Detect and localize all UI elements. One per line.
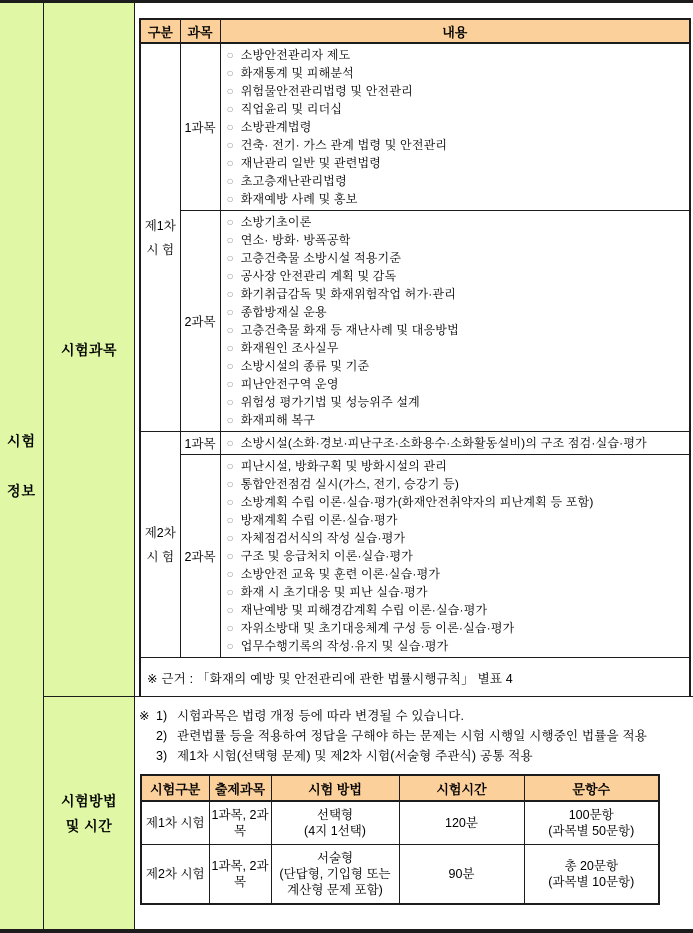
content-item: ○화재통계 및 피해분석 xyxy=(227,64,688,82)
exam-subjects-label: 시험과목 xyxy=(61,341,117,359)
subjects-row: 2과목○소방기초이론○연소· 방화· 방폭공학○고층건축물 소방시설 적용기준○… xyxy=(140,211,690,432)
method-table-cell: 선택형(4지 1선택) xyxy=(271,801,399,845)
circle-bullet-icon: ○ xyxy=(227,190,234,208)
circle-bullet-icon: ○ xyxy=(227,511,234,529)
content-item-text: 공사장 안전관리 계획 및 감독 xyxy=(241,267,397,285)
exam-stage-cell: 제1차시 험 xyxy=(140,43,180,432)
method-table-header-row: 시험구분 출제과목 시험 방법 시험시간 문항수 xyxy=(141,775,659,801)
note-text: 관련법률 등을 적용하여 정답을 구해야 하는 문제는 시험 시행일 시행중인 … xyxy=(177,726,691,746)
content-item: ○위험물안전관리법령 및 안전관리 xyxy=(227,82,688,100)
circle-bullet-icon: ○ xyxy=(227,154,234,172)
basis-note-row: ※ 근거 : 「화재의 예방 및 안전관리에 관한 법률시행규칙」 별표 4 xyxy=(140,658,690,697)
exam-method-section: 시험방법 및 시간 ※1)시험과목은 법령 개정 등에 따라 변경될 수 있습니… xyxy=(44,697,693,929)
content-item-text: 소방안전관리자 제도 xyxy=(241,46,351,64)
content-item-text: 방재계획 수립 이론·실습·평가 xyxy=(241,511,398,529)
circle-bullet-icon: ○ xyxy=(227,583,234,601)
exam-info-label: 시험 정보 xyxy=(7,431,36,501)
exam-info-page: 시험 정보 시험과목 구분 과목 xyxy=(0,0,693,933)
circle-bullet-icon: ○ xyxy=(227,267,234,285)
method-note: 3)제1차 시험(선택형 문제) 및 제2차 시험(서술형 주관식) 공통 적용 xyxy=(139,746,691,766)
subjects-row: 2과목○피난시설, 방화구획 및 방화시설의 관리○통합안전점검 실시(가스, … xyxy=(140,455,690,658)
method-table-cell: 총 20문항(과목별 10문항) xyxy=(524,845,659,905)
content-item: ○소방시설(소화·경보·피난구조·소화용수·소화활동설비)의 구조 점검·실습·… xyxy=(227,434,688,452)
content-item: ○소방계획 수립 이론·실습·평가(화재안전취약자의 피난계획 등 포함) xyxy=(227,493,688,511)
content-item: ○건축· 전기· 가스 관계 법령 및 안전관리 xyxy=(227,136,688,154)
content-item-text: 재난예방 및 피해경감계획 수립 이론·실습·평가 xyxy=(241,601,488,619)
exam-method-label-line: 및 시간 xyxy=(61,817,117,835)
subjects-table-body: 제1차시 험1과목○소방안전관리자 제도○화재통계 및 피해분석○위험물안전관리… xyxy=(140,43,690,658)
method-cell-line: 제1차 시험 xyxy=(143,815,208,831)
subjects-header-gwamok: 과목 xyxy=(180,19,220,43)
content-item: ○업무수행기록의 작성·유지 및 실습·평가 xyxy=(227,637,688,655)
content-item-text: 소방안전 교육 및 훈련 이론·실습·평가 xyxy=(241,565,440,583)
content-item-text: 화기취급감독 및 화재위험작업 허가·관리 xyxy=(241,285,456,303)
content-item-text: 초고층재난관리법령 xyxy=(241,172,347,190)
circle-bullet-icon: ○ xyxy=(227,493,234,511)
content-item: ○공사장 안전관리 계획 및 감독 xyxy=(227,267,688,285)
content-item: ○소방안전 교육 및 훈련 이론·실습·평가 xyxy=(227,565,688,583)
circle-bullet-icon: ○ xyxy=(227,172,234,190)
content-item-text: 자체점검서식의 작성 실습·평가 xyxy=(241,529,406,547)
method-header-gubun: 시험구분 xyxy=(141,775,209,801)
content-item-text: 소방시설의 종류 및 기준 xyxy=(241,357,370,375)
subject-items-cell: ○소방기초이론○연소· 방화· 방폭공학○고층건축물 소방시설 적용기준○공사장… xyxy=(220,211,690,432)
content-item: ○통합안전점검 실시(가스, 전기, 승강기 등) xyxy=(227,475,688,493)
method-table: 시험구분 출제과목 시험 방법 시험시간 문항수 제1차 시험1과목, 2과목선… xyxy=(140,774,660,905)
method-table-cell: 100문항(과목별 50문항) xyxy=(524,801,659,845)
circle-bullet-icon: ○ xyxy=(227,213,234,231)
note-text: 제1차 시험(선택형 문제) 및 제2차 시험(서술형 주관식) 공통 적용 xyxy=(177,746,691,766)
circle-bullet-icon: ○ xyxy=(227,321,234,339)
subjects-table-header-row: 구분 과목 내용 xyxy=(140,19,690,43)
circle-bullet-icon: ○ xyxy=(227,457,234,475)
circle-bullet-icon: ○ xyxy=(227,339,234,357)
content-item: ○방재계획 수립 이론·실습·평가 xyxy=(227,511,688,529)
circle-bullet-icon: ○ xyxy=(227,637,234,655)
circle-bullet-icon: ○ xyxy=(227,619,234,637)
circle-bullet-icon: ○ xyxy=(227,64,234,82)
content-item: ○피난안전구역 운영 xyxy=(227,375,688,393)
content-item: ○화재원인 조사실무 xyxy=(227,339,688,357)
subjects-header-naeyong: 내용 xyxy=(220,19,690,43)
note-marker xyxy=(139,746,156,766)
content-item: ○종합방재실 운용 xyxy=(227,303,688,321)
method-table-cell: 제2차 시험 xyxy=(141,845,209,905)
circle-bullet-icon: ○ xyxy=(227,82,234,100)
circle-bullet-icon: ○ xyxy=(227,565,234,583)
content-item: ○고층건축물 소방시설 적용기준 xyxy=(227,249,688,267)
method-cell-line: (단답형, 기입형 또는 xyxy=(273,866,398,882)
content-item: ○소방시설의 종류 및 기준 xyxy=(227,357,688,375)
subject-number-cell: 2과목 xyxy=(180,211,220,432)
note-text: 시험과목은 법령 개정 등에 따라 변경될 수 있습니다. xyxy=(177,706,691,726)
content-item-text: 소방계획 수립 이론·실습·평가(화재안전취약자의 피난계획 등 포함) xyxy=(241,493,594,511)
circle-bullet-icon: ○ xyxy=(227,434,234,452)
note-number: 3) xyxy=(156,746,177,766)
exam-method-content: ※1)시험과목은 법령 개정 등에 따라 변경될 수 있습니다.2)관련법률 등… xyxy=(135,697,693,929)
method-header-time: 시험시간 xyxy=(399,775,524,801)
content-item: ○자위소방대 및 초기대응체계 구성 등 이론·실습·평가 xyxy=(227,619,688,637)
content-item-text: 건축· 전기· 가스 관계 법령 및 안전관리 xyxy=(241,136,447,154)
method-header-subjects: 출제과목 xyxy=(209,775,271,801)
subject-number-cell: 1과목 xyxy=(180,43,220,211)
method-note: 2)관련법률 등을 적용하여 정답을 구해야 하는 문제는 시험 시행일 시행중… xyxy=(139,726,691,746)
exam-stage-line: 시 험 xyxy=(141,238,180,262)
subjects-table: 구분 과목 내용 제1차시 험1과목○소방안전관리자 제도○화재통계 및 피해분… xyxy=(139,18,691,696)
content-item: ○구조 및 응급처치 이론·실습·평가 xyxy=(227,547,688,565)
exam-method-label-line: 시험방법 xyxy=(61,792,117,810)
content-item-text: 업무수행기록의 작성·유지 및 실습·평가 xyxy=(241,637,449,655)
content-item: ○자체점검서식의 작성 실습·평가 xyxy=(227,529,688,547)
content-item: ○소방기초이론 xyxy=(227,213,688,231)
note-marker: ※ xyxy=(139,706,156,726)
content-item-text: 통합안전점검 실시(가스, 전기, 승강기 등) xyxy=(241,475,459,493)
content-item-text: 화재피해 복구 xyxy=(241,411,315,429)
note-number: 1) xyxy=(156,706,177,726)
circle-bullet-icon: ○ xyxy=(227,118,234,136)
circle-bullet-icon: ○ xyxy=(227,601,234,619)
method-table-body: 제1차 시험1과목, 2과목선택형(4지 1선택)120분100문항(과목별 5… xyxy=(141,801,659,904)
method-cell-line: 선택형 xyxy=(273,807,398,823)
content-item-text: 화재 시 초기대응 및 피난 실습·평가 xyxy=(241,583,428,601)
method-cell-line: 1과목, 2과목 xyxy=(211,858,270,890)
note-number: 2) xyxy=(156,726,177,746)
method-table-cell: 1과목, 2과목 xyxy=(209,801,271,845)
content-item-text: 위험성 평가기법 및 성능위주 설계 xyxy=(241,393,420,411)
exam-stage-line: 제2차 xyxy=(141,521,180,545)
content-item-text: 화재통계 및 피해분석 xyxy=(241,64,354,82)
content-item-text: 화재원인 조사실무 xyxy=(241,339,339,357)
exam-info-header-cell: 시험 정보 xyxy=(0,3,44,929)
circle-bullet-icon: ○ xyxy=(227,249,234,267)
exam-subjects-label-cell: 시험과목 xyxy=(44,3,135,696)
method-cell-line: 총 20문항 xyxy=(526,858,658,874)
content-item-text: 연소· 방화· 방폭공학 xyxy=(241,231,351,249)
content-item-text: 고층건축물 소방시설 적용기준 xyxy=(241,249,401,267)
method-notes: ※1)시험과목은 법령 개정 등에 따라 변경될 수 있습니다.2)관련법률 등… xyxy=(139,706,691,766)
circle-bullet-icon: ○ xyxy=(227,357,234,375)
method-cell-line: (4지 1선택) xyxy=(273,823,398,839)
content-item-text: 종합방재실 운용 xyxy=(241,303,327,321)
method-cell-line: 1과목, 2과목 xyxy=(211,807,270,839)
circle-bullet-icon: ○ xyxy=(227,231,234,249)
circle-bullet-icon: ○ xyxy=(227,411,234,429)
circle-bullet-icon: ○ xyxy=(227,529,234,547)
exam-info-label-line: 시험 xyxy=(7,431,36,451)
exam-subjects-label-line: 시험과목 xyxy=(61,341,117,359)
subjects-row: 제2차시 험1과목○소방시설(소화·경보·피난구조·소화용수·소화활동설비)의 … xyxy=(140,432,690,455)
content-item: ○화재피해 복구 xyxy=(227,411,688,429)
content-item: ○소방안전관리자 제도 xyxy=(227,46,688,64)
exam-method-label: 시험방법 및 시간 xyxy=(61,792,117,835)
circle-bullet-icon: ○ xyxy=(227,46,234,64)
subject-items-cell: ○피난시설, 방화구획 및 방화시설의 관리○통합안전점검 실시(가스, 전기,… xyxy=(220,455,690,658)
method-cell-line: 120분 xyxy=(401,815,523,831)
method-table-row: 제2차 시험1과목, 2과목서술형(단답형, 기입형 또는계산형 문제 포함)9… xyxy=(141,845,659,905)
circle-bullet-icon: ○ xyxy=(227,303,234,321)
content-item: ○초고층재난관리법령 xyxy=(227,172,688,190)
method-table-cell: 서술형(단답형, 기입형 또는계산형 문제 포함) xyxy=(271,845,399,905)
subjects-header-gubun: 구분 xyxy=(140,19,180,43)
method-table-cell: 90분 xyxy=(399,845,524,905)
exam-stage-line: 제1차 xyxy=(141,214,180,238)
method-table-cell: 120분 xyxy=(399,801,524,845)
subjects-row: 제1차시 험1과목○소방안전관리자 제도○화재통계 및 피해분석○위험물안전관리… xyxy=(140,43,690,211)
content-item: ○재난관리 일반 및 관련법령 xyxy=(227,154,688,172)
content-item: ○연소· 방화· 방폭공학 xyxy=(227,231,688,249)
subject-number-cell: 2과목 xyxy=(180,455,220,658)
circle-bullet-icon: ○ xyxy=(227,475,234,493)
content-item: ○위험성 평가기법 및 성능위주 설계 xyxy=(227,393,688,411)
content-item: ○고층건축물 화재 등 재난사례 및 대응방법 xyxy=(227,321,688,339)
exam-method-label-cell: 시험방법 및 시간 xyxy=(44,697,135,929)
content-item-text: 소방시설(소화·경보·피난구조·소화용수·소화활동설비)의 구조 점검·실습·평… xyxy=(241,434,647,452)
circle-bullet-icon: ○ xyxy=(227,547,234,565)
content-item-text: 직업윤리 및 리더십 xyxy=(241,100,342,118)
exam-subjects-section: 시험과목 구분 과목 내용 제1차시 험1과목○소방안전관리자 제 xyxy=(44,3,693,697)
subject-items-cell: ○소방안전관리자 제도○화재통계 및 피해분석○위험물안전관리법령 및 안전관리… xyxy=(220,43,690,211)
circle-bullet-icon: ○ xyxy=(227,100,234,118)
method-table-cell: 1과목, 2과목 xyxy=(209,845,271,905)
exam-info-label-line: 정보 xyxy=(7,481,36,501)
exam-stage-line: 시 험 xyxy=(141,545,180,569)
method-cell-line: (과목별 10문항) xyxy=(526,874,658,890)
content-item: ○소방관계법령 xyxy=(227,118,688,136)
circle-bullet-icon: ○ xyxy=(227,375,234,393)
exam-subjects-content: 구분 과목 내용 제1차시 험1과목○소방안전관리자 제도○화재통계 및 피해분… xyxy=(135,3,693,696)
subject-items-cell: ○소방시설(소화·경보·피난구조·소화용수·소화활동설비)의 구조 점검·실습·… xyxy=(220,432,690,455)
method-cell-line: (과목별 50문항) xyxy=(526,823,658,839)
method-header-method: 시험 방법 xyxy=(271,775,399,801)
exam-stage-cell: 제2차시 험 xyxy=(140,432,180,658)
subject-number-cell: 1과목 xyxy=(180,432,220,455)
method-note: ※1)시험과목은 법령 개정 등에 따라 변경될 수 있습니다. xyxy=(139,706,691,726)
method-cell-line: 서술형 xyxy=(273,850,398,866)
content-item-text: 위험물안전관리법령 및 안전관리 xyxy=(241,82,413,100)
content-item-text: 소방관계법령 xyxy=(241,118,312,136)
content-item-text: 화재예방 사례 및 홍보 xyxy=(241,190,358,208)
circle-bullet-icon: ○ xyxy=(227,136,234,154)
content-item: ○재난예방 및 피해경감계획 수립 이론·실습·평가 xyxy=(227,601,688,619)
content-item: ○화기취급감독 및 화재위험작업 허가·관리 xyxy=(227,285,688,303)
method-cell-line: 계산형 문제 포함) xyxy=(273,882,398,898)
content-item-text: 고층건축물 화재 등 재난사례 및 대응방법 xyxy=(241,321,459,339)
content-item: ○직업윤리 및 리더십 xyxy=(227,100,688,118)
basis-note: ※ 근거 : 「화재의 예방 및 안전관리에 관한 법률시행규칙」 별표 4 xyxy=(140,658,690,697)
content-item-text: 피난안전구역 운영 xyxy=(241,375,339,393)
content-item-text: 소방기초이론 xyxy=(241,213,312,231)
content-item-text: 재난관리 일반 및 관련법령 xyxy=(241,154,381,172)
content-item-text: 구조 및 응급처치 이론·실습·평가 xyxy=(241,547,413,565)
content-item: ○화재예방 사례 및 홍보 xyxy=(227,190,688,208)
method-cell-line: 90분 xyxy=(401,866,523,882)
note-marker xyxy=(139,726,156,746)
method-cell-line: 제2차 시험 xyxy=(143,866,208,882)
method-cell-line: 100문항 xyxy=(526,807,658,823)
method-table-cell: 제1차 시험 xyxy=(141,801,209,845)
content-item-text: 자위소방대 및 초기대응체계 구성 등 이론·실습·평가 xyxy=(241,619,515,637)
method-table-row: 제1차 시험1과목, 2과목선택형(4지 1선택)120분100문항(과목별 5… xyxy=(141,801,659,845)
content-item-text: 피난시설, 방화구획 및 방화시설의 관리 xyxy=(241,457,447,475)
content-item: ○피난시설, 방화구획 및 방화시설의 관리 xyxy=(227,457,688,475)
exam-info-content-area: 시험과목 구분 과목 내용 제1차시 험1과목○소방안전관리자 제 xyxy=(44,3,693,929)
content-item: ○화재 시 초기대응 및 피난 실습·평가 xyxy=(227,583,688,601)
method-header-count: 문항수 xyxy=(524,775,659,801)
circle-bullet-icon: ○ xyxy=(227,393,234,411)
circle-bullet-icon: ○ xyxy=(227,285,234,303)
